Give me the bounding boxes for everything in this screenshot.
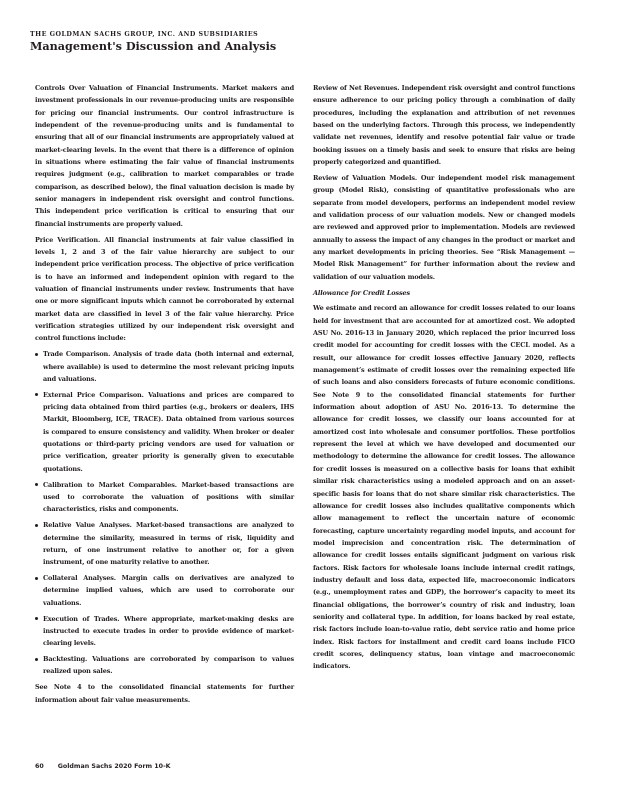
paragraph-body: Our independent model risk management gr… [313, 174, 575, 281]
left-column: Controls Over Valuation of Financial Ins… [35, 82, 294, 710]
list-item-heading: Backtesting. [43, 655, 87, 663]
closing-paragraph: See Note 4 to the consolidated financial… [35, 681, 294, 706]
price-verification-strategies-list: Trade Comparison. Analysis of trade data… [35, 348, 294, 678]
bullet-icon [35, 524, 38, 527]
list-item-heading: Trade Comparison. [43, 350, 110, 358]
list-item-body: Valuations and prices are compared to pr… [43, 391, 294, 473]
list-item-heading: Execution of Trades. [43, 615, 119, 623]
list-item: External Price Comparison. Valuations an… [35, 389, 294, 475]
section-title: Management's Discussion and Analysis [30, 39, 330, 53]
page-number: 60 [35, 763, 44, 770]
runin-heading: Controls Over Valuation of Financial Ins… [35, 84, 218, 92]
bullet-icon [35, 353, 38, 356]
list-item: Backtesting. Valuations are corroborated… [35, 653, 294, 678]
list-item: Collateral Analyses. Margin calls on der… [35, 572, 294, 609]
list-item: Trade Comparison. Analysis of trade data… [35, 348, 294, 385]
bullet-icon [35, 483, 38, 486]
runin-heading: Price Verification. [35, 236, 100, 244]
bullet-icon [35, 577, 38, 580]
runin-heading: Review of Valuation Models. [313, 174, 417, 182]
paragraph-review-net-revenues: Review of Net Revenues. Independent risk… [313, 82, 575, 168]
right-column: Review of Net Revenues. Independent risk… [313, 82, 575, 676]
paragraph-body: All financial instruments at fair value … [35, 236, 294, 343]
list-item-heading: Collateral Analyses. [43, 574, 116, 582]
list-item-heading: Calibration to Market Comparables. [43, 481, 177, 489]
bullet-icon [35, 617, 38, 620]
publication-name: Goldman Sachs 2020 Form 10-K [58, 763, 171, 770]
list-item: Calibration to Market Comparables. Marke… [35, 479, 294, 516]
list-item: Execution of Trades. Where appropriate, … [35, 613, 294, 650]
bullet-icon [35, 658, 38, 661]
subheading-allowance-credit-losses: Allowance for Credit Losses [313, 287, 575, 299]
runin-heading: Review of Net Revenues. [313, 84, 399, 92]
paragraph-allowance-credit-losses: We estimate and record an allowance for … [313, 302, 575, 672]
company-name: The Goldman Sachs Group, Inc. and Subsid… [30, 30, 330, 39]
bullet-icon [35, 393, 38, 396]
page-footer: 60Goldman Sachs 2020 Form 10-K [35, 763, 171, 770]
paragraph-body: Market makers and investment professiona… [35, 84, 294, 228]
list-item-heading: Relative Value Analyses. [43, 521, 132, 529]
paragraph-controls-over-valuation: Controls Over Valuation of Financial Ins… [35, 82, 294, 230]
list-item: Relative Value Analyses. Market-based tr… [35, 519, 294, 568]
paragraph-review-valuation-models: Review of Valuation Models. Our independ… [313, 172, 575, 283]
paragraph-price-verification: Price Verification. All financial instru… [35, 234, 294, 345]
page-header: The Goldman Sachs Group, Inc. and Subsid… [30, 30, 330, 53]
paragraph-body: Independent risk oversight and control f… [313, 84, 575, 166]
list-item-heading: External Price Comparison. [43, 391, 144, 399]
